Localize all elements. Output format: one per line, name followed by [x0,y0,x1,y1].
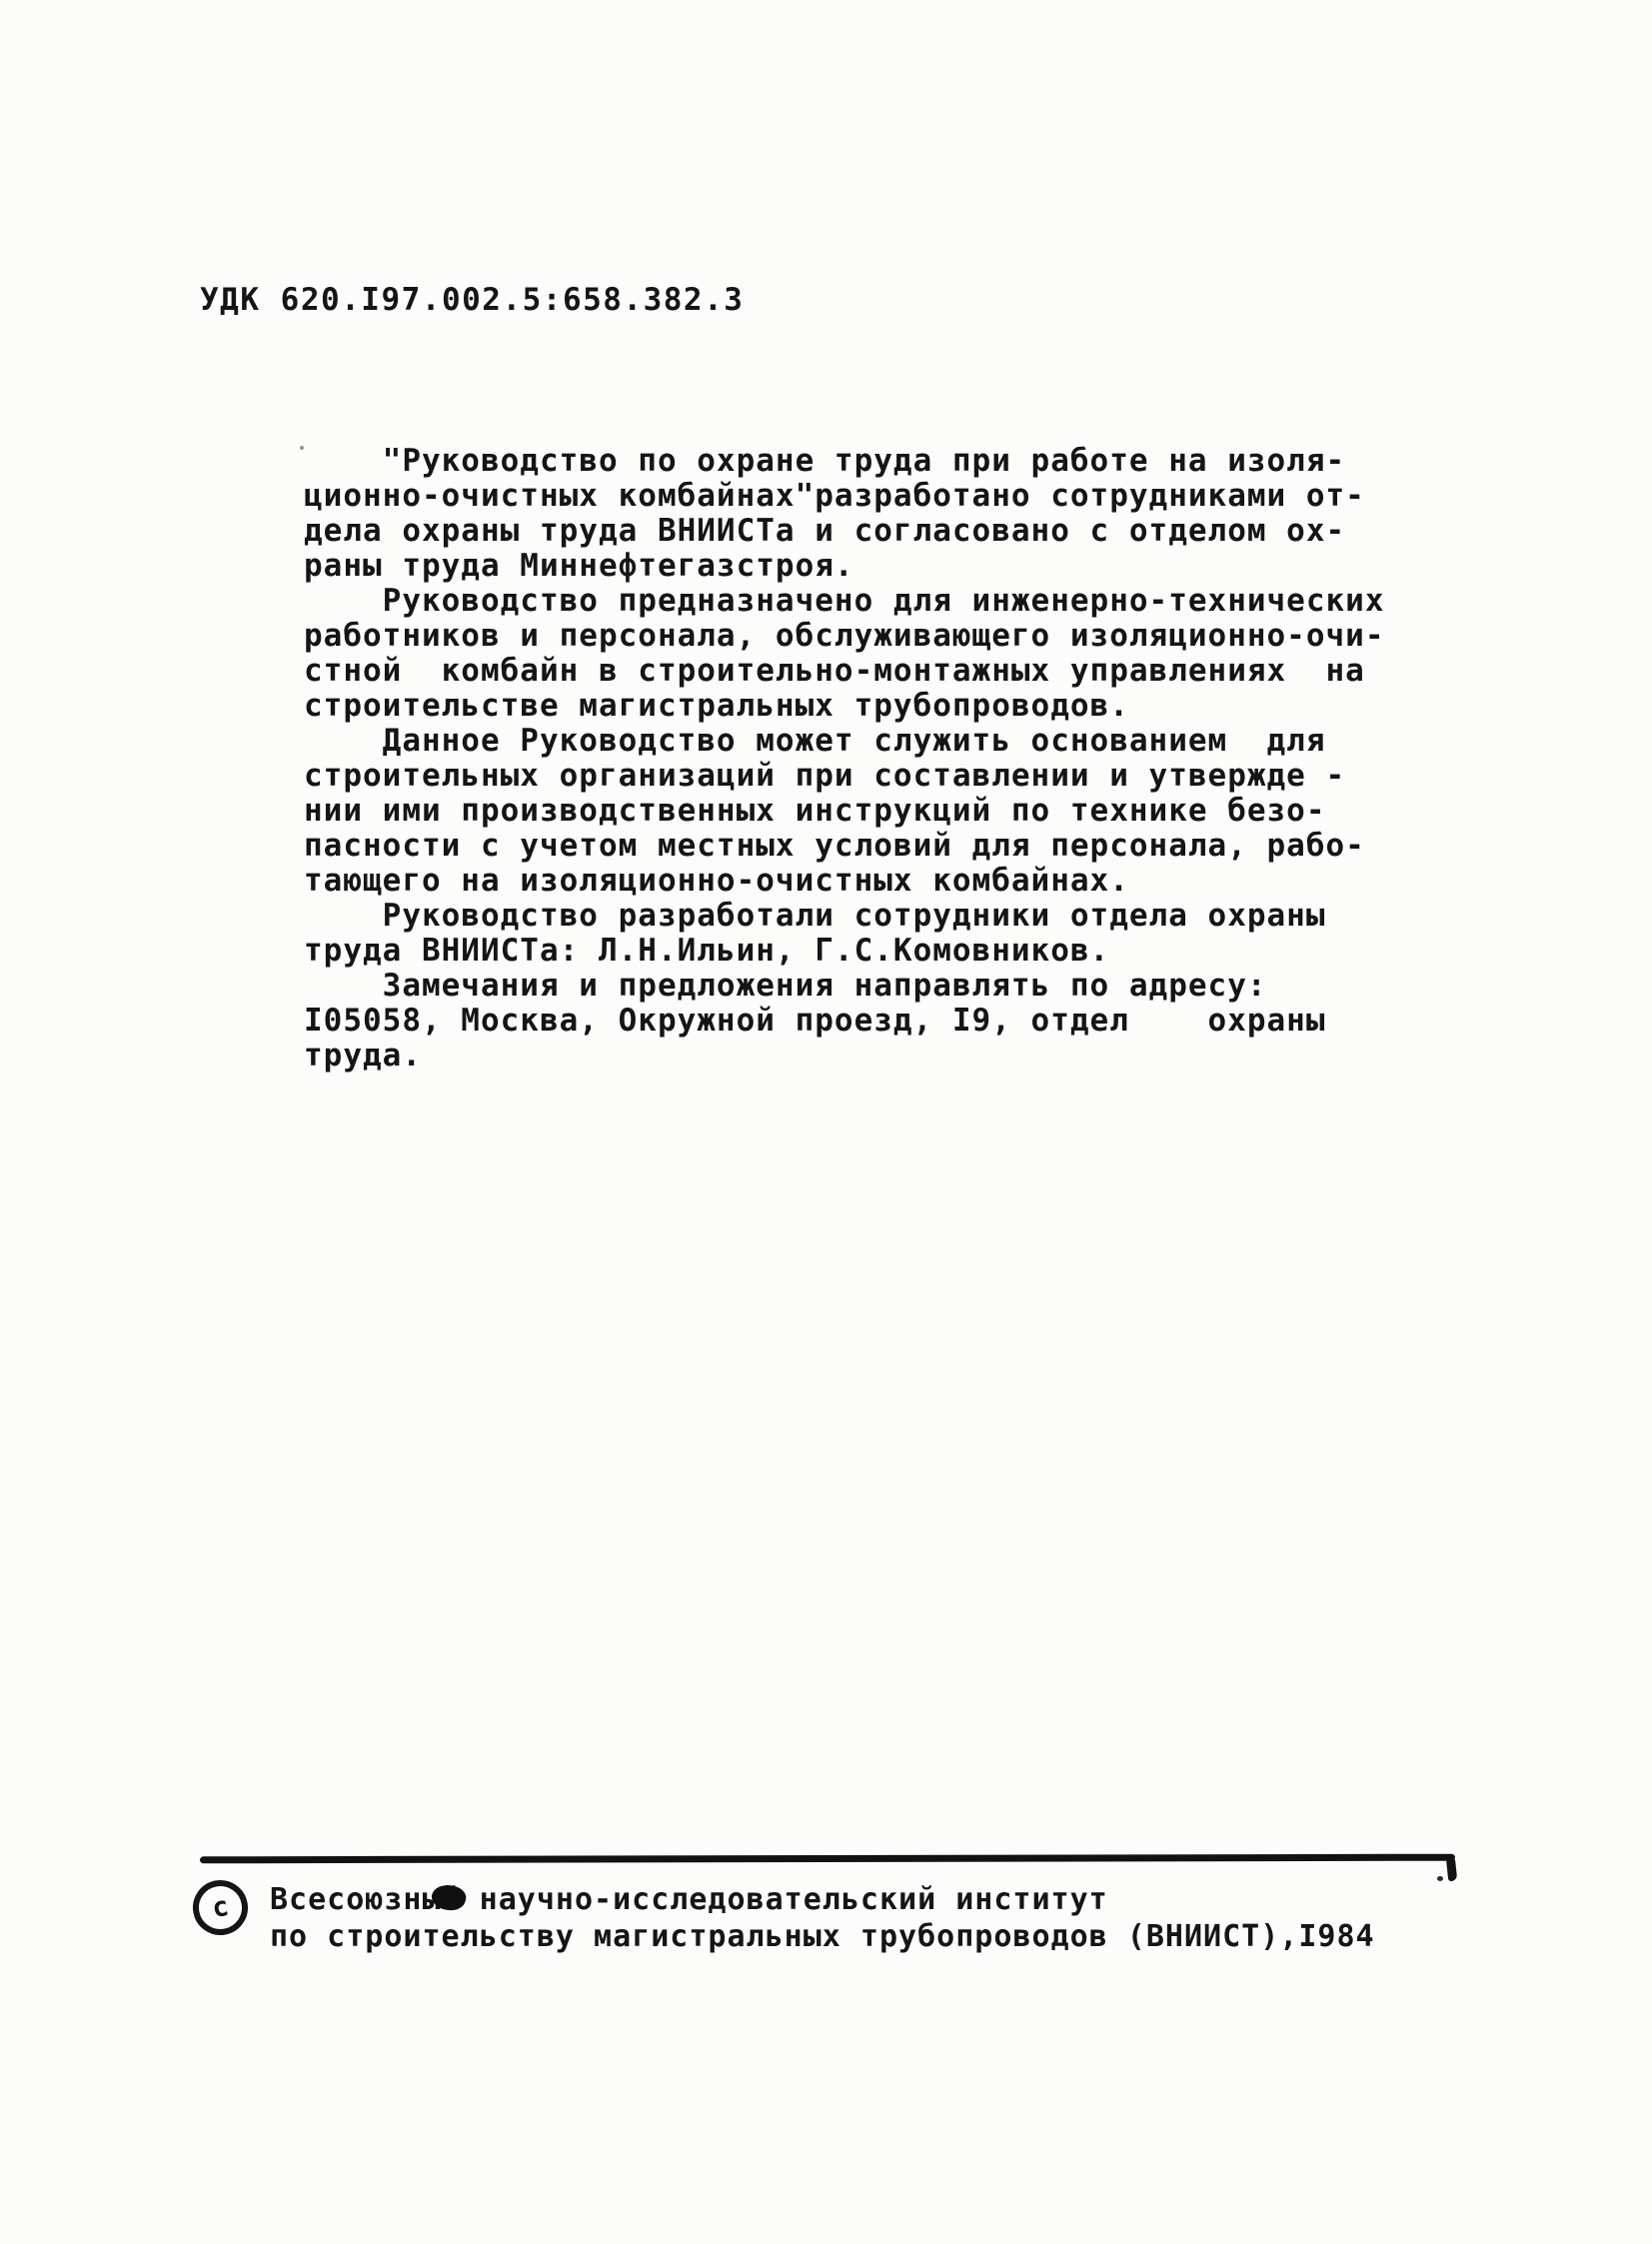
text-line: Данное Руководство может служить основан… [304,724,1385,759]
text-line: I05058, Москва, Окружной проезд, I9, отд… [304,1004,1385,1039]
scan-speck [300,446,304,450]
text-line: ционно-очистных комбайнах"разработано со… [304,479,1385,514]
udc-classification-number: УДК 620.I97.002.5:658.382.3 [200,282,744,318]
text-line: труда ВНИИСТа: Л.Н.Ильин, Г.С.Комовников… [304,934,1385,969]
text-line: раны труда Миннефтегазстроя. [304,549,1385,584]
text-line: строительстве магистральных трубопроводо… [304,689,1385,724]
copyright-letter: с [210,1891,231,1924]
text-line: Замечания и предложения направлять по ад… [304,969,1385,1004]
text-line: тающего на изоляционно-очистных комбайна… [304,864,1385,899]
text-line: по строительству магистральных трубопров… [270,1918,1375,1955]
text-line: дела охраны труда ВНИИСТа и согласовано … [304,514,1385,549]
text-line: "Руководство по охране труда при работе … [304,444,1385,479]
text-line: Руководство предназначено для инженерно-… [304,584,1385,619]
text-line: стной комбайн в строительно-монтажных уп… [304,654,1385,689]
text-line: труда. [304,1039,1385,1074]
text-line: пасности с учетом местных условий для пе… [304,829,1385,864]
copyright-icon: с [189,1876,253,1940]
footer-divider-hook [1446,1856,1458,1882]
scanned-document-page: УДК 620.I97.002.5:658.382.3 "Руководство… [0,0,1652,2244]
annotation-text-block: "Руководство по охране труда при работе … [304,444,1385,1074]
text-line: Руководство разработали сотрудники отдел… [304,899,1385,934]
text-line: строительных организаций при составлении… [304,759,1385,794]
text-line: нии ими производственных инструкций по т… [304,794,1385,829]
footer-divider-line [200,1854,1455,1864]
text-line: работников и персонала, обслуживающего и… [304,619,1385,654]
scan-speck [1437,1876,1443,1881]
